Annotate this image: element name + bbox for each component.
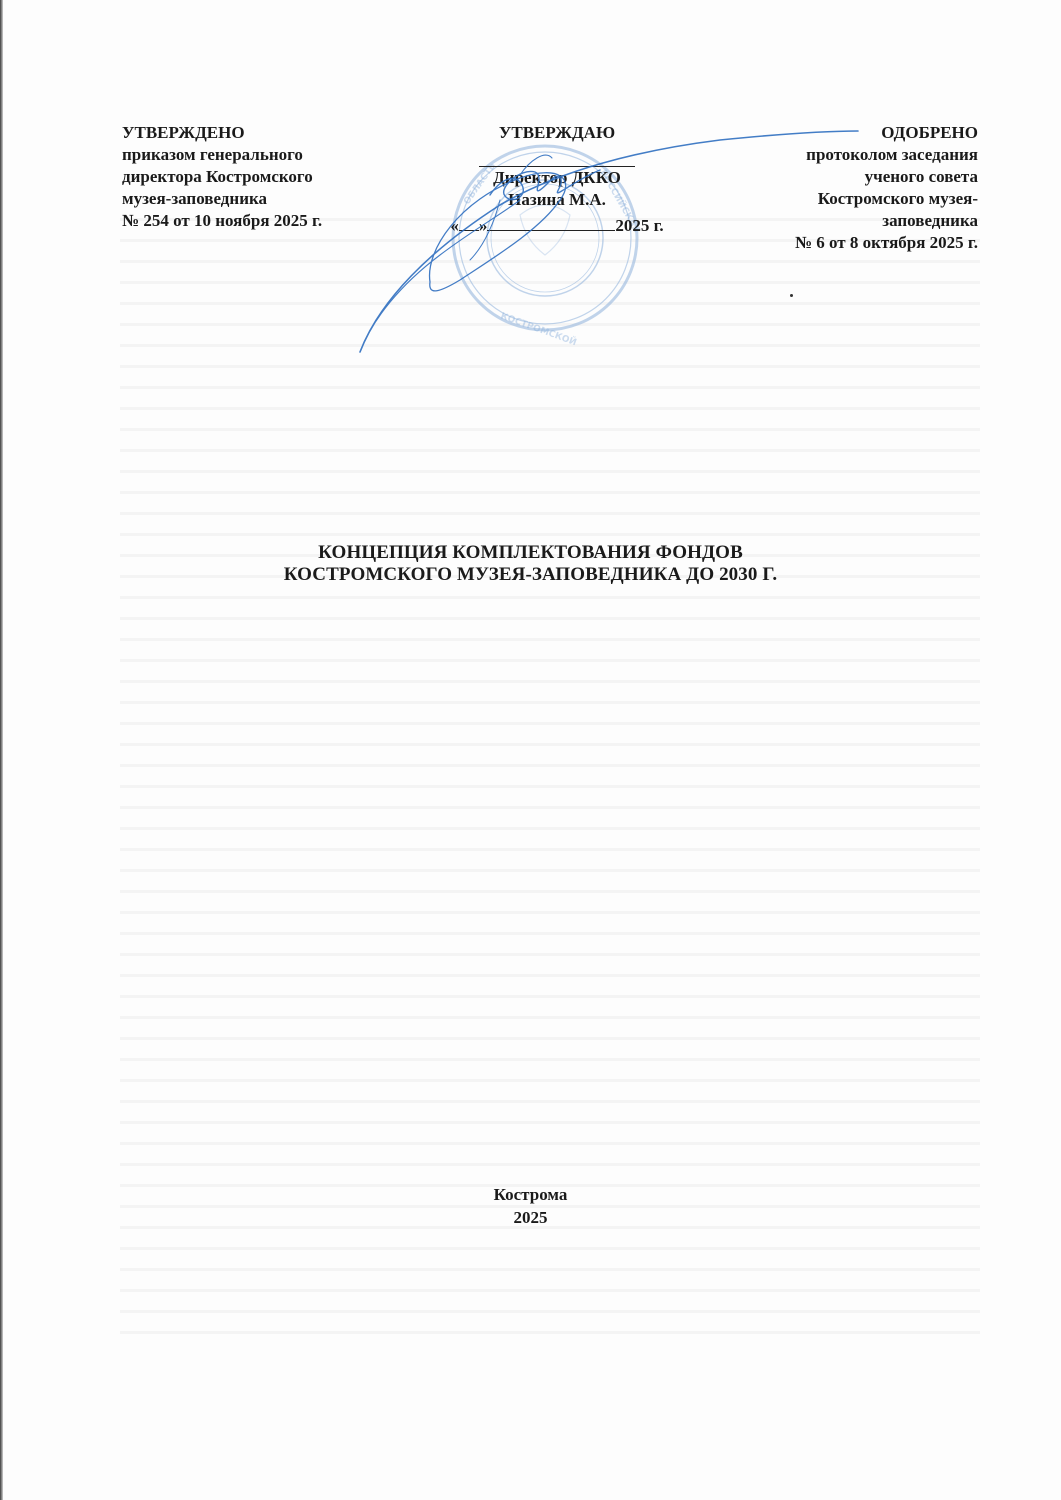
document-footer: Кострома 2025 — [0, 1183, 1061, 1229]
endorsed-line: Костромского музея- — [795, 188, 978, 210]
approved-block: УТВЕРЖДЕНО приказом генерального директо… — [122, 122, 322, 232]
date-close-quote: » — [479, 216, 488, 235]
footer-year: 2025 — [0, 1206, 1061, 1229]
approver-name: Назина М.А. — [428, 189, 686, 211]
day-blank — [459, 214, 479, 231]
document-page: ОБЛАСТЬ РОССИЙСКАЯ КОСТРОМСКОЙ УТВЕРЖДЕН… — [0, 0, 1061, 1500]
endorsed-line: ученого совета — [795, 166, 978, 188]
footer-city: Кострома — [0, 1183, 1061, 1206]
approved-heading: УТВЕРЖДЕНО — [122, 122, 322, 144]
endorsed-protocol-number: № 6 от 8 октября 2025 г. — [795, 232, 978, 254]
svg-text:КОСТРОМСКОЙ: КОСТРОМСКОЙ — [499, 310, 578, 349]
endorsed-block: ОДОБРЕНО протоколом заседания ученого со… — [795, 122, 978, 254]
approver-position: Директор ДККО — [428, 167, 686, 189]
endorsed-line: протоколом заседания — [795, 144, 978, 166]
title-line-2: КОСТРОМСКОГО МУЗЕЯ-ЗАПОВЕДНИКА ДО 2030 Г… — [0, 564, 1061, 586]
approved-line: музея-заповедника — [122, 188, 322, 210]
approved-line: приказом генерального — [122, 144, 322, 166]
approval-date-line: «»2025 г. — [428, 214, 686, 237]
date-year: 2025 г. — [615, 216, 663, 235]
endorsed-heading: ОДОБРЕНО — [795, 122, 978, 144]
month-blank — [487, 214, 615, 231]
signature-line — [479, 144, 635, 167]
document-title: КОНЦЕПЦИЯ КОМПЛЕКТОВАНИЯ ФОНДОВ КОСТРОМС… — [0, 542, 1061, 586]
approved-line: директора Костромского — [122, 166, 322, 188]
approved-order-number: № 254 от 10 ноября 2025 г. — [122, 210, 322, 232]
scan-edge — [0, 0, 3, 1500]
stray-dot — [790, 294, 793, 297]
endorsed-line: заповедника — [795, 210, 978, 232]
date-open-quote: « — [450, 216, 459, 235]
approve-heading: УТВЕРЖДАЮ — [428, 122, 686, 144]
reverse-side-bleed-through — [120, 200, 980, 1350]
approve-block: УТВЕРЖДАЮ Директор ДККО Назина М.А. «»20… — [428, 122, 686, 237]
title-line-1: КОНЦЕПЦИЯ КОМПЛЕКТОВАНИЯ ФОНДОВ — [0, 542, 1061, 564]
